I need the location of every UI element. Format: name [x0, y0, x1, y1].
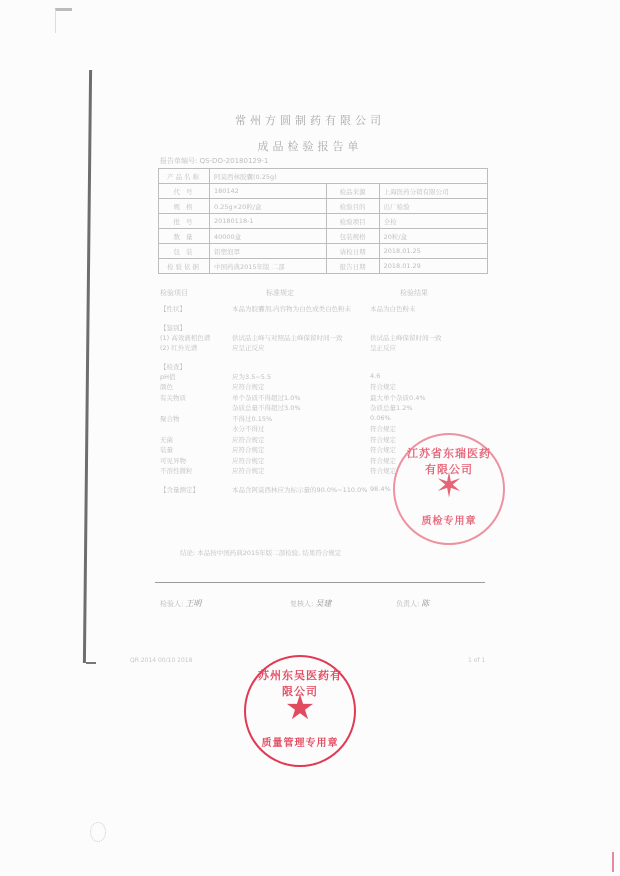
test-result: 供试品主峰保留时间一致 — [370, 333, 442, 342]
value-cell: 20180118-1 — [210, 214, 327, 229]
test-result: 杂质总量1.2% — [370, 403, 413, 412]
test-item: (1) 高效液相色谱 — [160, 333, 210, 342]
reviewer-signature: 复核人:吴建 — [290, 598, 331, 609]
value-cell: 铝塑泡罩 — [210, 244, 327, 259]
star-icon: ★ — [246, 691, 354, 725]
test-result: 0.06% — [370, 414, 391, 422]
footer-page: 1 of 1 — [468, 657, 485, 664]
report-number: 报告单编号: QS-DO-20180129-1 — [160, 156, 268, 166]
column-header-result: 检验结果 — [400, 288, 428, 298]
column-header-item: 检验项目 — [160, 288, 188, 298]
label-cell: 批 号 — [159, 214, 210, 229]
label-cell: 产品名称 — [159, 169, 210, 184]
footer-code: QR 2014 00/10 2018 — [130, 657, 192, 664]
table-row: 代 号 180142 检品来源 上海医药分销有限公司 — [159, 184, 488, 199]
value-cell: 20粒/盒 — [379, 229, 487, 244]
inspection-seal: 江苏省东瑞医药有限公司 ✶ 质检专用章 — [393, 433, 505, 545]
test-item: 不溶性微粒 — [160, 466, 193, 475]
label-cell: 数 量 — [159, 229, 210, 244]
label-cell: 报告日期 — [326, 259, 379, 274]
label-cell: 包 装 — [159, 244, 210, 259]
seal-bottom-text: 质检专用章 — [395, 512, 503, 527]
conclusion: 结论: 本品按中国药典2015年版二部检验, 结果符合规定 — [180, 548, 341, 557]
value-cell: 阿莫西林胶囊(0.25g) — [210, 169, 488, 184]
test-item: 聚合物 — [160, 414, 180, 423]
approver-handwriting: 陈 — [421, 598, 429, 609]
column-header-standard: 标准规定 — [266, 288, 294, 298]
test-result: 符合规定 — [370, 466, 396, 475]
test-standard: 应为3.5~5.5 — [232, 372, 271, 381]
company-name: 常州方圆制药有限公司 — [0, 112, 620, 128]
test-result: 98.4% — [370, 485, 391, 493]
test-result: 4.6 — [370, 372, 380, 380]
test-result: 符合规定 — [370, 456, 396, 465]
test-item: 有关物质 — [160, 393, 186, 402]
test-standard: 应符合规定 — [232, 445, 265, 454]
quality-seal: 苏州东吴医药有限公司 ★ 质量管理专用章 — [244, 655, 356, 767]
paper-blemish — [90, 822, 106, 842]
table-row: 产品名称 阿莫西林胶囊(0.25g) — [159, 169, 488, 184]
test-item: pH值 — [160, 372, 176, 381]
value-cell: 出厂检验 — [379, 199, 487, 214]
staple-mark — [55, 8, 72, 33]
value-cell: 2018.01.29 — [379, 259, 487, 274]
label-cell: 检验目的 — [326, 199, 379, 214]
value-cell: 0.25g×20粒/盒 — [210, 199, 327, 214]
value-cell: 全检 — [379, 214, 487, 229]
test-standard: 应符合规定 — [232, 466, 265, 475]
test-standard: 应符合规定 — [232, 456, 265, 465]
label-cell: 检验项目 — [326, 214, 379, 229]
value-cell: 180142 — [210, 184, 327, 199]
label-cell: 规 格 — [159, 199, 210, 214]
inspector-label: 检验人: — [160, 600, 183, 608]
divider — [155, 582, 485, 583]
test-item: 无菌 — [160, 435, 173, 444]
table-row: 数 量 40000盒 包装规格 20粒/盒 — [159, 229, 488, 244]
table-row: 检验依据 中国药典2015年版 二部 报告日期 2018.01.29 — [159, 259, 488, 274]
test-result: 符合规定 — [370, 445, 396, 454]
value-cell: 上海医药分销有限公司 — [379, 184, 487, 199]
seal-bottom-text: 质量管理专用章 — [246, 734, 354, 749]
inspector-signature: 检验人:王明 — [160, 598, 201, 609]
test-standard: 本品为胶囊剂,内容物为白色或类白色粉末 — [232, 304, 351, 313]
test-result: 呈正反应 — [370, 343, 396, 352]
test-standard: 水分不得过 — [232, 424, 265, 433]
table-row: 规 格 0.25g×20粒/盒 检验目的 出厂检验 — [159, 199, 488, 214]
label-cell: 请检日期 — [326, 244, 379, 259]
section-label: 【性状】 — [160, 304, 186, 313]
star-icon: ✶ — [395, 469, 503, 503]
test-standard: 应符合规定 — [232, 435, 265, 444]
section-label: 【检查】 — [160, 362, 186, 371]
inspector-handwriting: 王明 — [185, 598, 201, 609]
approver-signature: 负责人:陈 — [396, 598, 429, 609]
test-result: 符合规定 — [370, 435, 396, 444]
report-title: 成品检验报告单 — [0, 138, 620, 154]
test-result: 最大单个杂质0.4% — [370, 393, 426, 402]
product-info-table: 产品名称 阿莫西林胶囊(0.25g) 代 号 180142 检品来源 上海医药分… — [158, 168, 488, 274]
section-label: 【鉴别】 — [160, 323, 186, 332]
label-cell: 检品来源 — [326, 184, 379, 199]
test-item: (2) 红外光谱 — [160, 343, 197, 352]
reviewer-handwriting: 吴建 — [315, 598, 331, 609]
binder-line — [83, 70, 92, 663]
test-standard: 不得过0.15% — [232, 414, 272, 423]
label-cell: 代 号 — [159, 184, 210, 199]
value-cell: 中国药典2015年版 二部 — [210, 259, 327, 274]
test-standard: 本品含阿莫西林应为标示量的90.0%~110.0% — [232, 485, 367, 494]
reviewer-label: 复核人: — [290, 600, 313, 608]
edge-mark — [612, 852, 614, 872]
test-standard: 应符合规定 — [232, 382, 265, 391]
table-row: 包 装 铝塑泡罩 请检日期 2018.01.25 — [159, 244, 488, 259]
test-item: 颜色 — [160, 382, 173, 391]
test-standard: 单个杂质不得超过1.0% — [232, 393, 301, 402]
scanned-page: 常州方圆制药有限公司 成品检验报告单 报告单编号: QS-DO-20180129… — [0, 0, 620, 876]
test-result: 符合规定 — [370, 424, 396, 433]
test-result: 符合规定 — [370, 382, 396, 391]
test-item: 装量 — [160, 445, 173, 454]
table-row: 批 号 20180118-1 检验项目 全检 — [159, 214, 488, 229]
label-cell: 包装规格 — [326, 229, 379, 244]
test-result: 本品为白色粉末 — [370, 304, 416, 313]
value-cell: 2018.01.25 — [379, 244, 487, 259]
value-cell: 40000盒 — [210, 229, 327, 244]
approver-label: 负责人: — [396, 600, 419, 608]
section-label: 【含量测定】 — [160, 485, 199, 494]
test-standard: 杂质总量不得超过3.0% — [232, 403, 301, 412]
test-standard: 供试品主峰与对照品主峰保留时间一致 — [232, 333, 343, 342]
test-item: 可见异物 — [160, 456, 186, 465]
test-standard: 应呈正反应 — [232, 343, 265, 352]
binder-line-foot — [86, 662, 96, 664]
label-cell: 检验依据 — [159, 259, 210, 274]
